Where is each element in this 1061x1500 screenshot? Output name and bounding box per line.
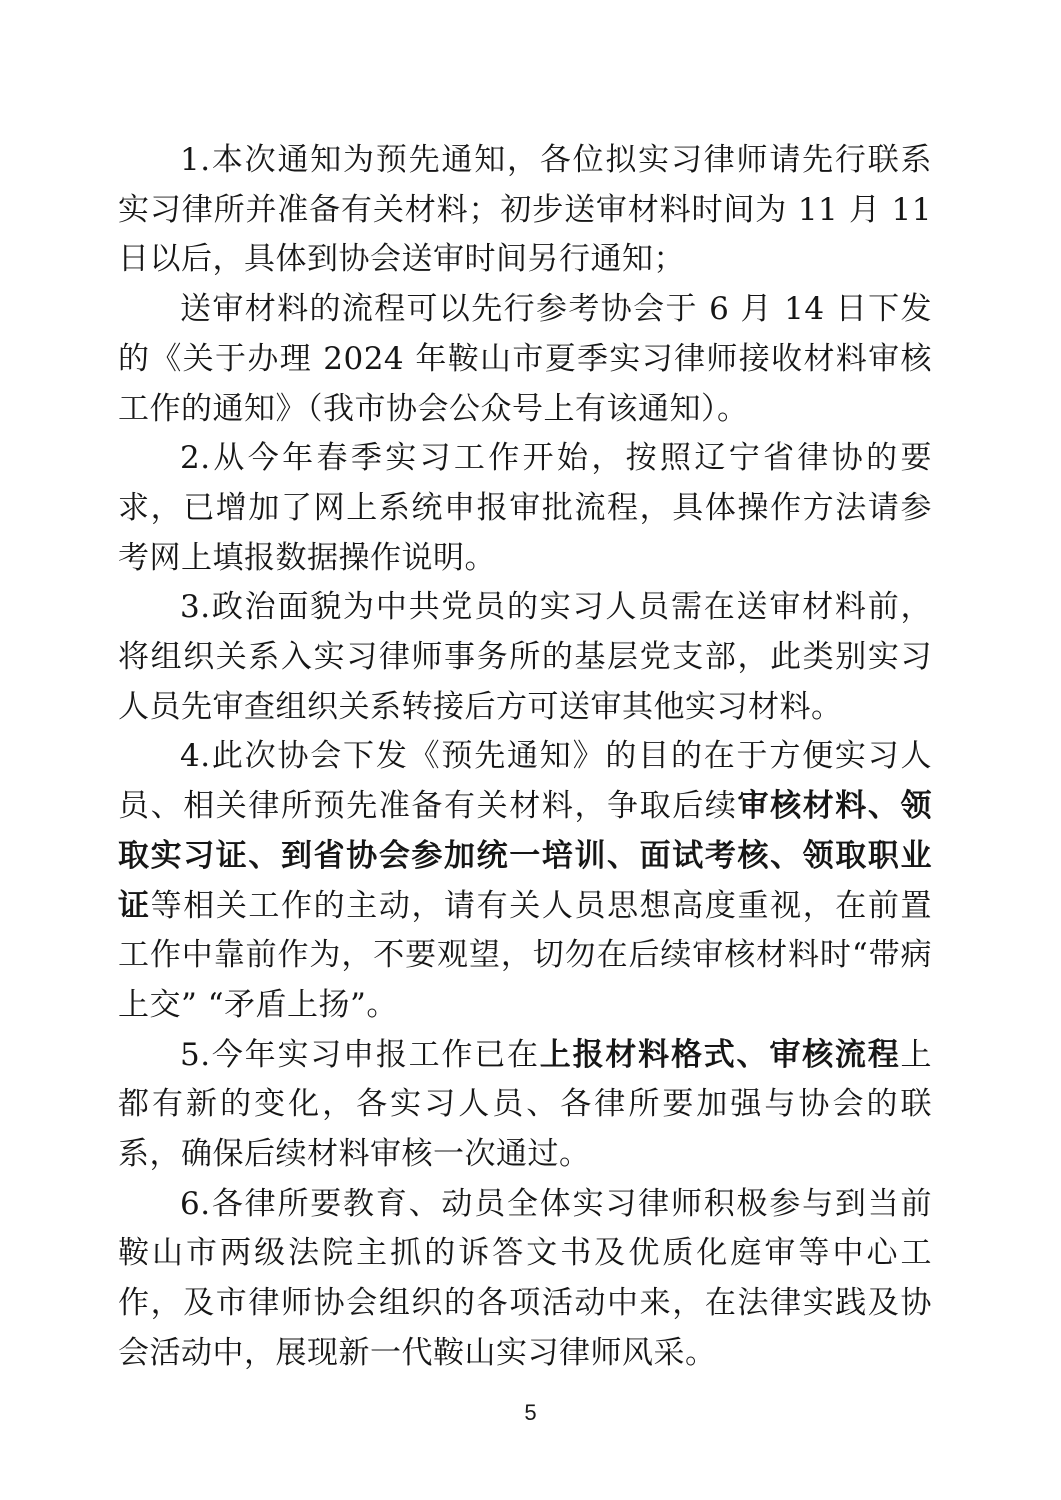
text-segment: 2.从今年春季实习工作开始，按照辽宁省律协的要求，已增加了网上系统申报审批流程，… (118, 440, 932, 575)
text-segment: 送审材料的流程可以先行参考协会于 6 月 14 日下发的《关于办理 2024 年… (118, 291, 932, 426)
text-segment: 3.政治面貌为中共党员的实习人员需在送审材料前，将组织关系入实习律师事务所的基层… (118, 589, 932, 724)
text-segment: 1.本次通知为预先通知，各位拟实习律师请先行联系实习律所并准备有关材料；初步送审… (118, 142, 932, 277)
text-segment: 等相关工作的主动，请有关人员思想高度重视，在前置工作中靠前作为，不要观望，切勿在… (118, 888, 932, 1023)
text-segment: 6.各律所要教育、动员全体实习律师积极参与到当前鞍山市两级法院主抓的诉答文书及优… (118, 1186, 932, 1371)
paragraph: 4.此次协会下发《预先通知》的目的在于方便实习人员、相关律所预先准备有关材料，争… (118, 732, 932, 1030)
paragraph: 5.今年实习申报工作已在上报材料格式、审核流程上都有新的变化，各实习人员、各律所… (118, 1031, 932, 1180)
document-page: 1.本次通知为预先通知，各位拟实习律师请先行联系实习律所并准备有关材料；初步送审… (0, 0, 1061, 1500)
paragraph: 1.本次通知为预先通知，各位拟实习律师请先行联系实习律所并准备有关材料；初步送审… (118, 136, 932, 285)
paragraph: 送审材料的流程可以先行参考协会于 6 月 14 日下发的《关于办理 2024 年… (118, 285, 932, 434)
paragraph: 6.各律所要教育、动员全体实习律师积极参与到当前鞍山市两级法院主抓的诉答文书及优… (118, 1180, 932, 1379)
paragraph: 3.政治面貌为中共党员的实习人员需在送审材料前，将组织关系入实习律师事务所的基层… (118, 583, 932, 732)
document-body: 1.本次通知为预先通知，各位拟实习律师请先行联系实习律所并准备有关材料；初步送审… (118, 136, 932, 1379)
paragraph: 2.从今年春季实习工作开始，按照辽宁省律协的要求，已增加了网上系统申报审批流程，… (118, 434, 932, 583)
text-segment: 5.今年实习申报工作已在 (180, 1037, 540, 1073)
page-number: 5 (0, 1400, 1061, 1426)
bold-text-segment: 上报材料格式、审核流程 (540, 1037, 901, 1073)
